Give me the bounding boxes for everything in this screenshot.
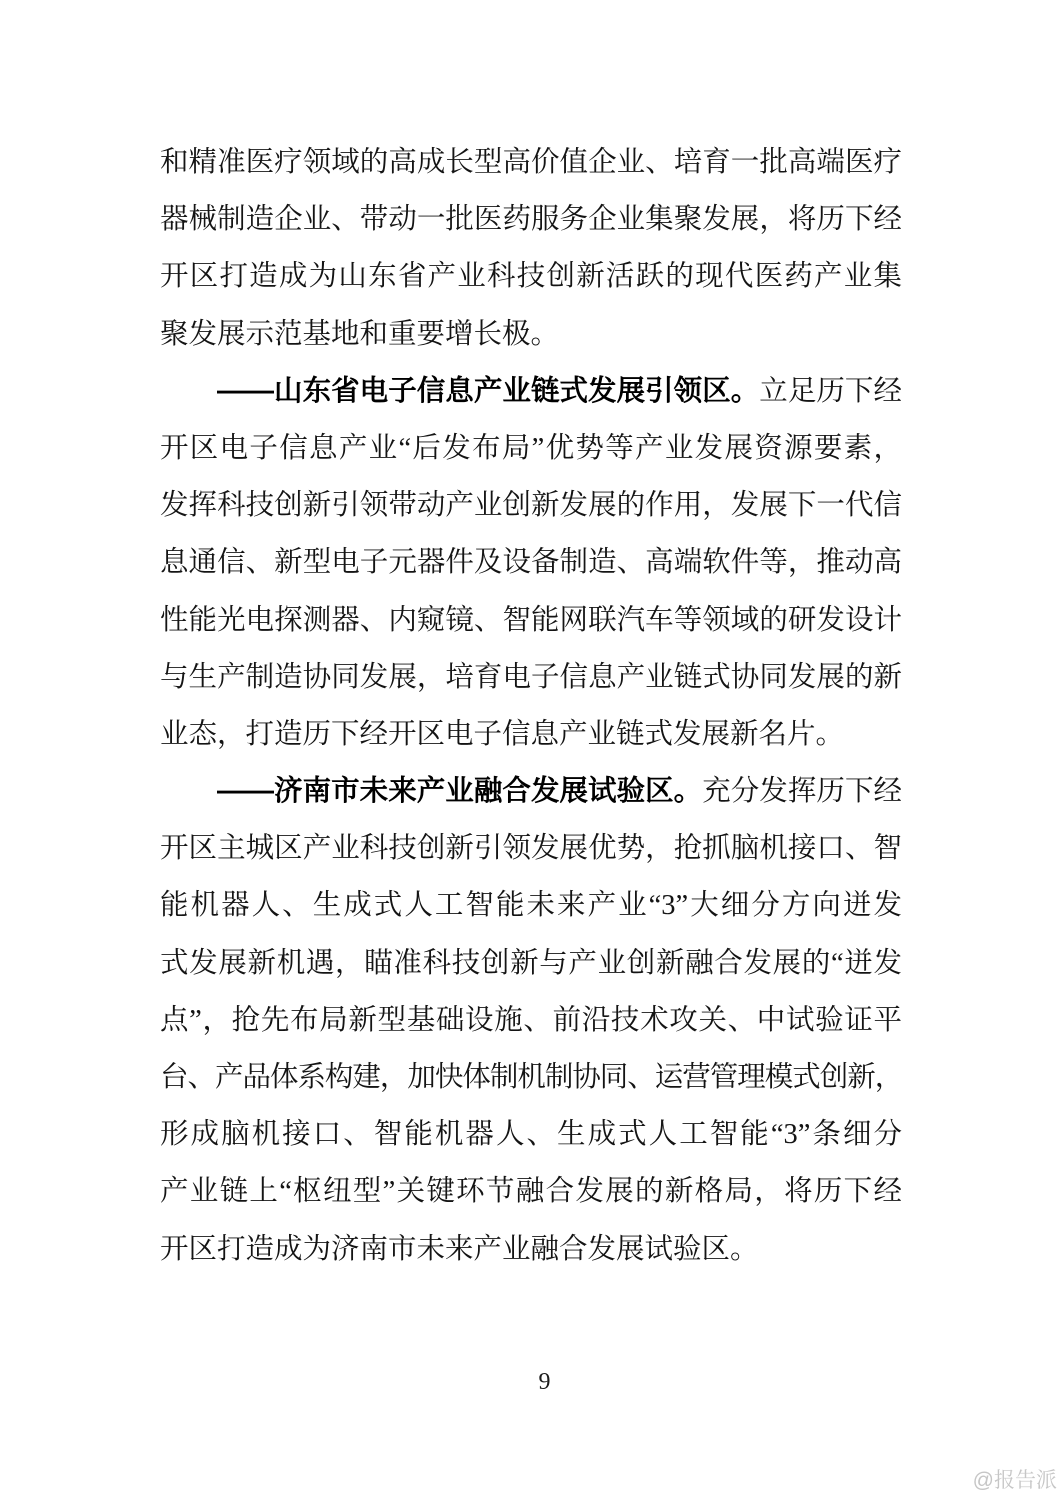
text-line: 发挥科技创新引领带动产业创新发展的作用，发展下一代信 — [160, 477, 902, 534]
text-line: 业态，打造历下经开区电子信息产业链式发展新名片。 — [160, 706, 902, 763]
text-line: 和精准医疗领域的高成长型高价值企业、培育一批高端医疗 — [160, 134, 902, 191]
text-line: 形成脑机接口、智能机器人、生成式人工智能“3”条细分 — [160, 1106, 902, 1163]
text-run: 立足历下经 — [759, 376, 902, 407]
section-heading: ——山东省电子信息产业链式发展引领区。 — [217, 375, 759, 407]
document-page: 和精准医疗领域的高成长型高价值企业、培育一批高端医疗 器械制造企业、带动一批医药… — [0, 0, 1061, 1500]
text-line: 台、产品体系构建，加快体制机制协同、运营管理模式创新， — [160, 1049, 902, 1106]
text-line: 能机器人、生成式人工智能未来产业“3”大细分方向迸发 — [160, 877, 902, 934]
text-line: 与生产制造协同发展，培育电子信息产业链式协同发展的新 — [160, 649, 902, 706]
text-line: 息通信、新型电子元器件及设备制造、高端软件等，推动高 — [160, 534, 902, 591]
text-line: 点”，抢先布局新型基础设施、前沿技术攻关、中试验证平 — [160, 992, 902, 1049]
text-line: 器械制造企业、带动一批医药服务企业集聚发展，将历下经 — [160, 191, 902, 248]
text-line: ——山东省电子信息产业链式发展引领区。立足历下经 — [160, 363, 902, 420]
text-line: 式发展新机遇，瞄准科技创新与产业创新融合发展的“迸发 — [160, 935, 902, 992]
text-line: 性能光电探测器、内窥镜、智能网联汽车等领域的研发设计 — [160, 592, 902, 649]
watermark: @报告派 — [973, 1464, 1057, 1494]
document-body: 和精准医疗领域的高成长型高价值企业、培育一批高端医疗 器械制造企业、带动一批医药… — [160, 134, 902, 1278]
paragraph: ——山东省电子信息产业链式发展引领区。立足历下经 开区电子信息产业“后发布局”优… — [160, 363, 902, 763]
text-line: 聚发展示范基地和重要增长极。 — [160, 306, 902, 363]
text-line: 开区主城区产业科技创新引领发展优势，抢抓脑机接口、智 — [160, 820, 902, 877]
text-line: 产业链上“枢纽型”关键环节融合发展的新格局，将历下经 — [160, 1163, 902, 1220]
text-line: ——济南市未来产业融合发展试验区。充分发挥历下经 — [160, 763, 902, 820]
page-number: 9 — [0, 1368, 1061, 1396]
section-heading: ——济南市未来产业融合发展试验区。 — [217, 775, 702, 807]
text-run: 充分发挥历下经 — [702, 776, 902, 807]
paragraph: 和精准医疗领域的高成长型高价值企业、培育一批高端医疗 器械制造企业、带动一批医药… — [160, 134, 902, 363]
text-line: 开区打造成为济南市未来产业融合发展试验区。 — [160, 1221, 902, 1278]
paragraph: ——济南市未来产业融合发展试验区。充分发挥历下经 开区主城区产业科技创新引领发展… — [160, 763, 902, 1278]
text-line: 开区电子信息产业“后发布局”优势等产业发展资源要素， — [160, 420, 902, 477]
text-line: 开区打造成为山东省产业科技创新活跃的现代医药产业集 — [160, 248, 902, 305]
